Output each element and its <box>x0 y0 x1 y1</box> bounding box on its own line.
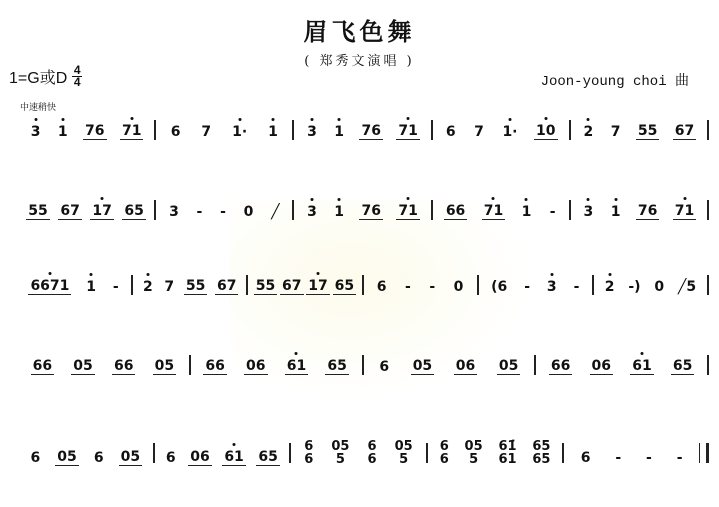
note: 66 <box>112 358 135 375</box>
note: 10 <box>534 123 557 140</box>
note: 61 <box>222 449 245 466</box>
note: 3 <box>305 204 319 220</box>
note: 1· <box>230 124 249 140</box>
note: 61̇61 <box>496 440 518 466</box>
note: 05 <box>497 358 520 375</box>
note: 65 <box>325 358 348 375</box>
note: 76 <box>359 123 382 140</box>
note: 17 <box>306 278 329 295</box>
note: 2 <box>141 279 155 295</box>
note: 66 <box>549 358 572 375</box>
note: 05 <box>71 358 94 375</box>
note: 61 <box>630 358 653 375</box>
note: 76 <box>83 123 106 140</box>
key-signature: 1=G或D 4 4 <box>9 65 82 88</box>
measure: 6605566055 <box>291 440 426 466</box>
measure: 66066165 <box>191 358 362 375</box>
note: 66 <box>203 358 226 375</box>
note: - <box>572 279 582 295</box>
measure: 2-)0╱5 <box>594 279 707 295</box>
score-row: 317671671·1317671671·10275567 <box>18 120 709 140</box>
note: 6 <box>29 450 43 466</box>
note: 6 <box>164 450 178 466</box>
measure: 66066165 <box>536 358 707 375</box>
note: 06 <box>188 449 211 466</box>
note: 05 <box>153 358 176 375</box>
note: 05 <box>411 358 434 375</box>
note: 71 <box>120 123 143 140</box>
note: 67 <box>673 123 696 140</box>
note: -) <box>626 279 642 295</box>
note: 1 <box>520 204 534 220</box>
note: 67 <box>280 278 303 295</box>
note: 7 <box>199 124 213 140</box>
note: 71 <box>396 123 419 140</box>
note: 71 <box>673 203 696 220</box>
note: 6 <box>375 279 389 295</box>
note: 55 <box>636 123 659 140</box>
note: 6565 <box>530 440 552 466</box>
time-signature-bottom: 4 <box>74 77 81 88</box>
measure: 66056605 <box>18 358 189 375</box>
note: 1 <box>266 124 280 140</box>
note: 1 <box>84 279 98 295</box>
score-row: 66711-275567556717656--0(6-3-2-)0╱5 <box>18 275 709 295</box>
note: 6 <box>579 450 593 466</box>
note: 66 <box>438 440 451 466</box>
note: 66 <box>444 203 467 220</box>
note: 06 <box>454 358 477 375</box>
tempo-marking: 中速稍快 <box>20 100 56 113</box>
measure: 66711- <box>18 278 131 295</box>
note: 6 <box>169 124 183 140</box>
note: 6671 <box>28 278 71 295</box>
note: 66 <box>31 358 54 375</box>
measure: 317671 <box>571 203 707 220</box>
measure: 275567 <box>571 123 707 140</box>
note: ╱5 <box>676 279 698 295</box>
measure: 605605 <box>18 449 153 466</box>
note: 66 <box>366 440 379 466</box>
note: 7 <box>472 124 486 140</box>
note: - <box>675 450 685 466</box>
note: 55 <box>184 278 207 295</box>
note: 1· <box>500 124 519 140</box>
note: 7 <box>609 124 623 140</box>
note: 6 <box>92 450 106 466</box>
measure: (6-3- <box>479 279 592 295</box>
note: 2 <box>603 279 617 295</box>
measure: 317671 <box>18 123 154 140</box>
barline <box>707 200 709 220</box>
note: - <box>427 279 437 295</box>
note: 66 <box>302 440 315 466</box>
note: ╱ <box>269 204 281 220</box>
note: 6 <box>444 124 458 140</box>
note: 05 <box>119 449 142 466</box>
note: 3 <box>305 124 319 140</box>
note: 65 <box>671 358 694 375</box>
note: 76 <box>359 203 382 220</box>
note: 1 <box>56 124 70 140</box>
note: 05 <box>55 449 78 466</box>
barline <box>707 355 709 375</box>
barline <box>707 275 709 295</box>
note: 65 <box>122 203 145 220</box>
score-row: 605605606616566055660556605561̇6165656--… <box>18 440 709 466</box>
score-row: 6605660566066165605060566066165 <box>18 355 709 375</box>
note: 1 <box>332 124 346 140</box>
note: 55 <box>26 203 49 220</box>
note: 6 <box>377 359 391 375</box>
note: - <box>522 279 532 295</box>
measure: 671·1 <box>156 124 292 140</box>
note: - <box>644 450 654 466</box>
note: 55 <box>254 278 277 295</box>
note: 67 <box>58 203 81 220</box>
note: 65 <box>333 278 356 295</box>
measure: 275567 <box>133 278 246 295</box>
song-title: 眉飞色舞 <box>0 12 719 47</box>
note: 67 <box>215 278 238 295</box>
note: 0 <box>242 204 256 220</box>
final-repeat-barline <box>699 443 709 463</box>
note: 71 <box>482 203 505 220</box>
note: (6 <box>489 279 509 295</box>
measure: 6066165 <box>155 449 290 466</box>
measure: 6605561̇616565 <box>428 440 563 466</box>
note: - <box>218 204 228 220</box>
note: 06 <box>590 358 613 375</box>
note: 71 <box>396 203 419 220</box>
note: 3 <box>545 279 559 295</box>
note: 3 <box>582 204 596 220</box>
measure: 6050605 <box>364 358 535 375</box>
note: 17 <box>90 203 113 220</box>
note: - <box>548 204 558 220</box>
key-label: 1=G或D <box>9 65 67 88</box>
performer-subtitle: ( 郑秀文演唱 ) <box>0 50 719 69</box>
note: 65 <box>256 449 279 466</box>
note: 1 <box>332 204 346 220</box>
note: 055 <box>463 440 485 466</box>
note: - <box>195 204 205 220</box>
note: 7 <box>162 279 176 295</box>
note: 61 <box>285 358 308 375</box>
measure: 317671 <box>294 123 430 140</box>
note: 2 <box>582 124 596 140</box>
note: 0 <box>652 279 666 295</box>
composer-credit: Joon-young choi 曲 <box>541 70 689 90</box>
note: - <box>613 450 623 466</box>
score-row: 556717653--0╱31767166711-317671 <box>18 200 709 220</box>
measure: 55671765 <box>248 278 361 295</box>
measure: 6--- <box>564 450 699 466</box>
measure: 6--0 <box>364 279 477 295</box>
measure: 3--0╱ <box>156 204 292 220</box>
barline <box>707 120 709 140</box>
note: 76 <box>636 203 659 220</box>
time-signature: 4 4 <box>72 65 82 88</box>
note: 06 <box>244 358 267 375</box>
note: 0 <box>452 279 466 295</box>
note: 3 <box>167 204 181 220</box>
measure: 66711- <box>433 203 569 220</box>
note: 3 <box>29 124 43 140</box>
note: - <box>403 279 413 295</box>
measure: 55671765 <box>18 203 154 220</box>
note: 055 <box>329 440 351 466</box>
note: 055 <box>393 440 415 466</box>
measure: 317671 <box>294 203 430 220</box>
note: 1 <box>609 204 623 220</box>
note: - <box>111 279 121 295</box>
measure: 671·10 <box>433 123 569 140</box>
